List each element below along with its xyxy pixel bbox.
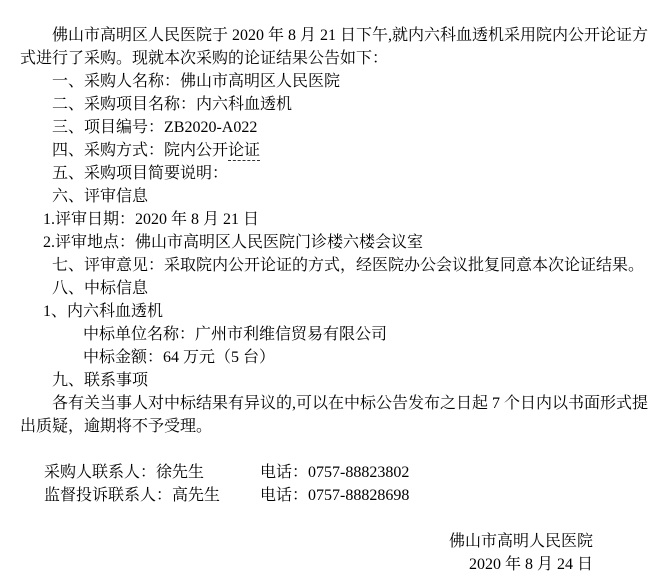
signature-date: 2020 年 8 月 24 日: [20, 553, 668, 576]
supervisor-contact-name: 监督投诉联系人：高先生: [44, 484, 260, 507]
signature-organization: 佛山市高明人民医院: [20, 530, 668, 553]
buyer-contact-name: 采购人联系人：徐先生: [44, 461, 260, 484]
item-contact-matters-heading: 九、联系事项: [20, 369, 668, 392]
award-winner-line: 中标单位名称：广州市利维信贸易有限公司: [20, 323, 668, 346]
review-location-line: 2.评审地点：佛山市高明区人民医院门诊楼六楼会议室: [20, 231, 668, 254]
intro-paragraph-line-2: 式进行了采购。现就本次采购的论证结果公告如下：: [20, 47, 668, 70]
item-purchaser-name: 一、采购人名称：佛山市高明区人民医院: [20, 70, 668, 93]
intro-paragraph-line-1: 佛山市高明区人民医院于 2020 年 8 月 21 日下午,就内六科血透机采用院…: [20, 24, 668, 47]
buyer-contact-line: 采购人联系人：徐先生 电话：0757-88823802: [20, 461, 668, 484]
buyer-contact-phone: 电话：0757-88823802: [260, 461, 409, 484]
supervisor-contact-phone: 电话：0757-88828698: [260, 484, 409, 507]
item-brief-description: 五、采购项目简要说明：: [20, 162, 668, 185]
supervisor-contact-line: 监督投诉联系人：高先生 电话：0757-88828698: [20, 484, 668, 507]
award-project-line: 1、内六科血透机: [20, 300, 668, 323]
item-procurement-method: 四、采购方式：院内公开论证: [20, 139, 668, 162]
announcement-document: 佛山市高明区人民医院于 2020 年 8 月 21 日下午,就内六科血透机采用院…: [0, 0, 668, 576]
item-project-number: 三、项目编号：ZB2020-A022: [20, 116, 668, 139]
item-project-name: 二、采购项目名称：内六科血透机: [20, 93, 668, 116]
item-review-opinion: 七、评审意见：采取院内公开论证的方式，经医院办公会议批复同意本次论证结果。: [20, 254, 668, 277]
blank-line: [20, 507, 668, 530]
item-award-info-heading: 八、中标信息: [20, 277, 668, 300]
procurement-method-underlined-text: 论证: [228, 142, 260, 161]
award-amount-line: 中标金额：64 万元（5 台）: [20, 346, 668, 369]
review-date-line: 1.评审日期：2020 年 8 月 21 日: [20, 208, 668, 231]
item-review-info-heading: 六、评审信息: [20, 185, 668, 208]
objection-notice-line-1: 各有关当事人对中标结果有异议的,可以在中标公告发布之日起 7 个日内以书面形式提: [20, 392, 668, 415]
procurement-method-text: 四、采购方式：院内公开: [52, 142, 228, 159]
objection-notice-line-2: 出质疑，逾期将不予受理。: [20, 415, 668, 438]
blank-line: [20, 438, 668, 461]
